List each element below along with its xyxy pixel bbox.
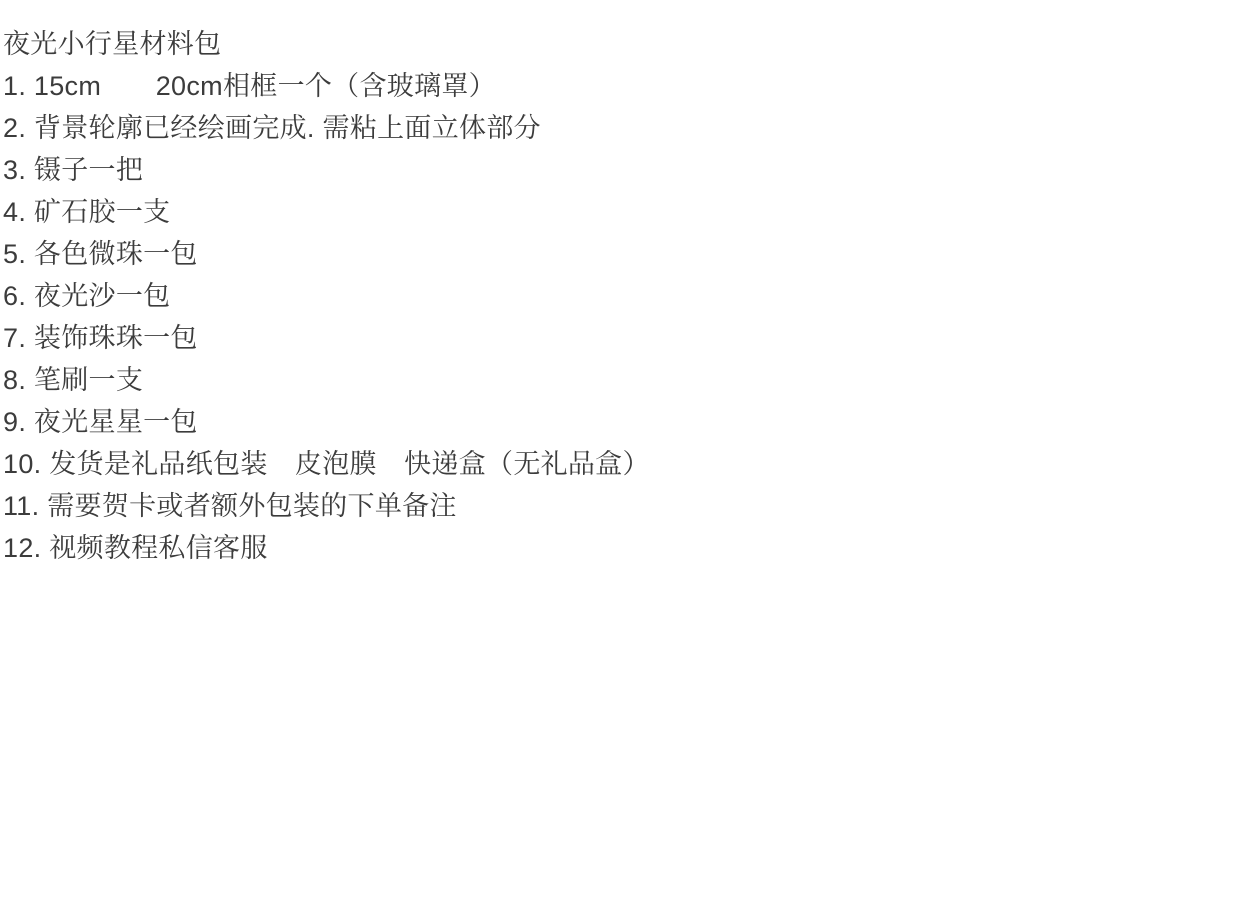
material-list-item-3: 3. 镊子一把	[3, 149, 903, 191]
material-list-item-12: 12. 视频教程私信客服	[3, 527, 903, 569]
material-list-item-5: 5. 各色微珠一包	[3, 233, 903, 275]
material-list-item-2: 2. 背景轮廓已经绘画完成. 需粘上面立体部分	[3, 107, 903, 149]
material-list-item-11: 11. 需要贺卡或者额外包装的下单备注	[3, 485, 903, 527]
material-list-item-4: 4. 矿石胶一支	[3, 191, 903, 233]
material-list-item-9: 9. 夜光星星一包	[3, 401, 903, 443]
product-title: 夜光小行星材料包	[3, 23, 903, 65]
material-list-item-10: 10. 发货是礼品纸包装 皮泡膜 快递盒（无礼品盒）	[3, 443, 903, 485]
material-list-item-8: 8. 笔刷一支	[3, 359, 903, 401]
material-list-item-7: 7. 装饰珠珠一包	[3, 317, 903, 359]
material-list-item-1: 1. 15cm 20cm相框一个（含玻璃罩）	[3, 65, 903, 107]
product-description-page: 夜光小行星材料包 1. 15cm 20cm相框一个（含玻璃罩） 2. 背景轮廓已…	[3, 23, 903, 569]
material-list-item-6: 6. 夜光沙一包	[3, 275, 903, 317]
material-list: 1. 15cm 20cm相框一个（含玻璃罩） 2. 背景轮廓已经绘画完成. 需粘…	[3, 65, 903, 569]
